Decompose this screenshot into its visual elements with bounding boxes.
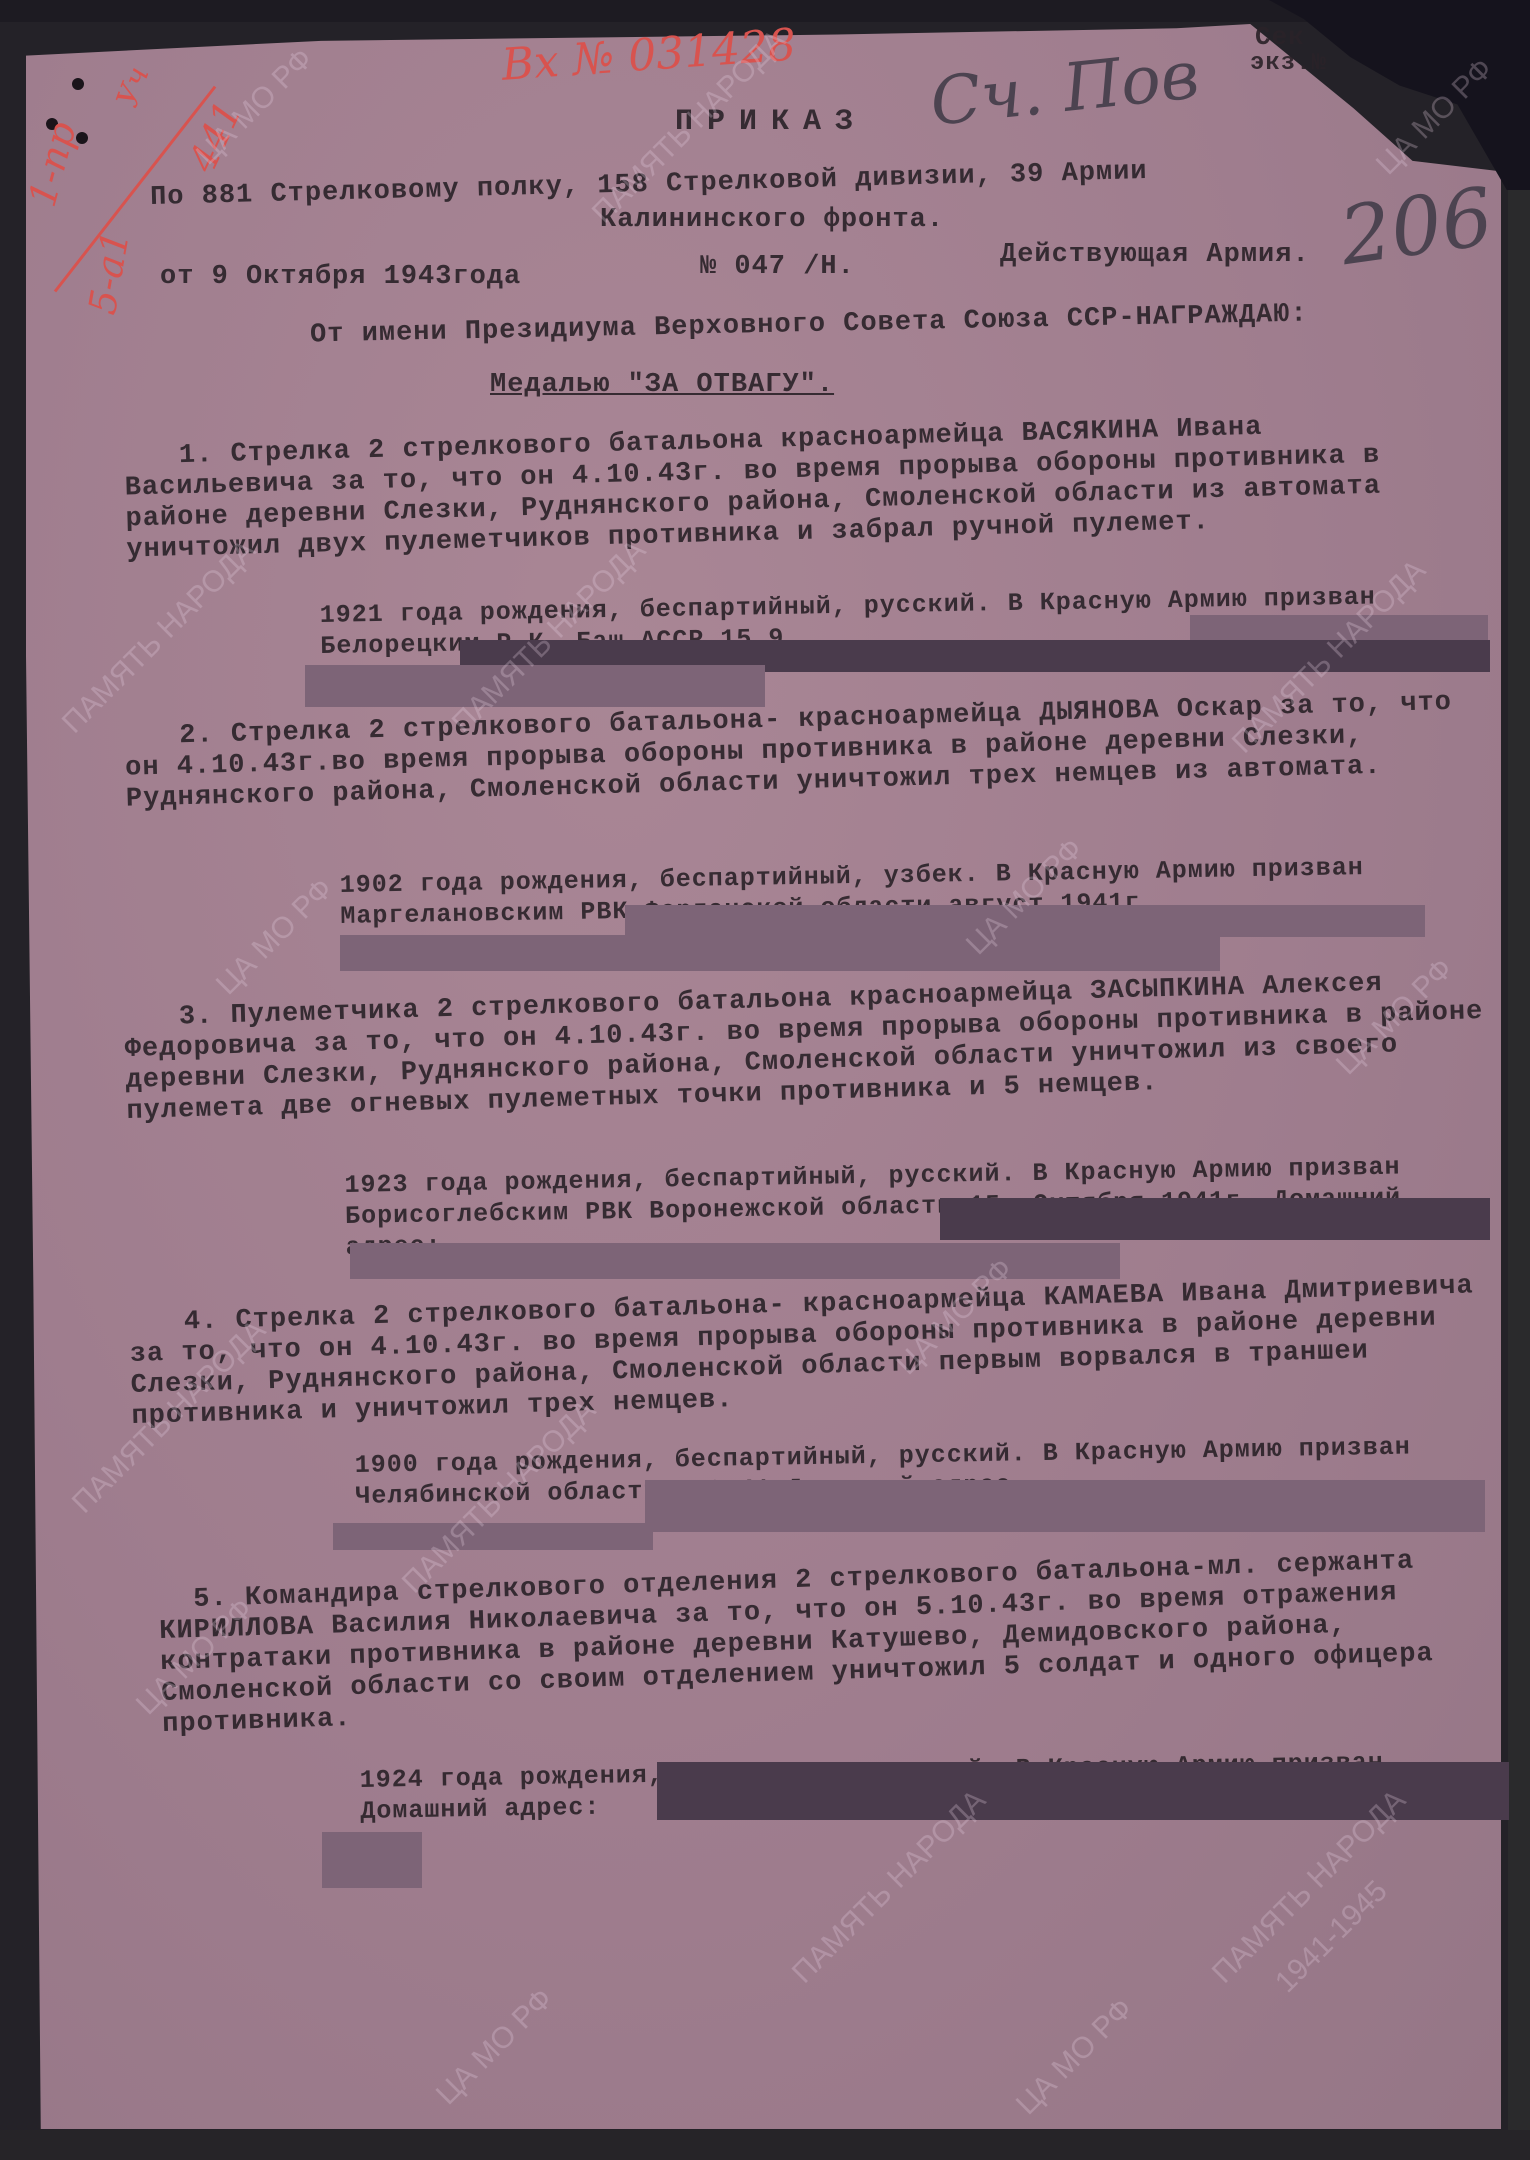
order-date: от 9 Октября 1943года: [160, 262, 521, 292]
redaction-box: [657, 1762, 1509, 1820]
redaction-box: [625, 905, 1425, 937]
entry-4-number: 4.: [184, 1307, 219, 1338]
entry-2-number: 2.: [179, 720, 214, 751]
order-location: Действующая Армия.: [1000, 240, 1310, 270]
redaction-box: [333, 1523, 653, 1550]
entry-3-number: 3.: [179, 1002, 214, 1033]
scan-bottom-border: [0, 2130, 1530, 2160]
redaction-box: [322, 1832, 422, 1888]
redaction-box: [305, 665, 765, 707]
entry-1-number: 1.: [179, 440, 214, 471]
redaction-box: [340, 935, 1220, 971]
punch-hole: [72, 78, 84, 90]
document-title: ПРИКАЗ: [675, 105, 867, 139]
award-name: Медалью "ЗА ОТВАГУ".: [490, 370, 834, 400]
corner-stamp-line2: экз.№: [1250, 50, 1327, 77]
redaction-box: [645, 1480, 1485, 1532]
order-number: № 047 /Н.: [700, 252, 855, 282]
scan-right-border: [1508, 0, 1530, 2160]
redaction-box: [350, 1243, 1120, 1279]
heading-line2: Калининского фронта.: [600, 205, 944, 235]
corner-stamp-line1: Сек: [1255, 22, 1305, 52]
redaction-box: [940, 1198, 1490, 1240]
entry-5-number: 5.: [193, 1584, 228, 1615]
